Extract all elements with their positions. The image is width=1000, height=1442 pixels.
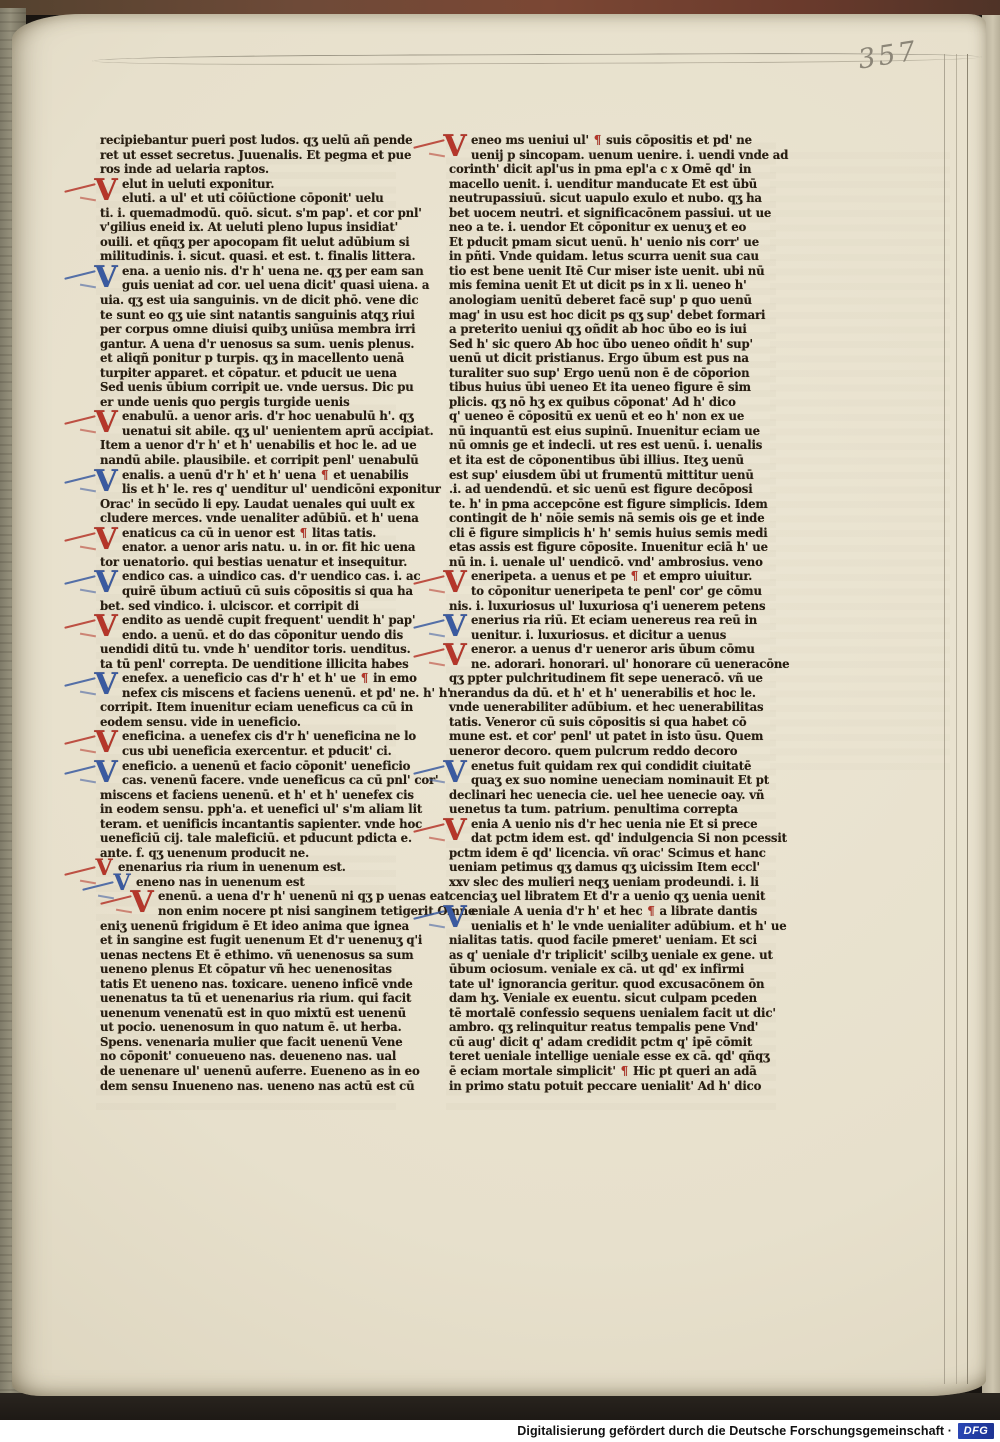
text-line: cli ē figure simplicis h' h' semis huius… [449, 526, 765, 541]
text-line: tē mortalē confessio sequens uenialem fa… [449, 1006, 765, 1021]
text-line: eodem sensu. vide in ueneficio. [100, 715, 394, 730]
lombard-initial-red: V [130, 890, 154, 918]
dictionary-entry: Venalis. a uenū d'r h' et h' uena ¶ et u… [100, 468, 394, 526]
lombard-initial-blue: V [112, 876, 132, 890]
lombard-initial-red: V [443, 818, 467, 846]
text-line: enalis. a uenū d'r h' et h' uena ¶ et ue… [100, 468, 394, 483]
text-line: cenciaʒ uel libratem Et d'r a uenio qʒ u… [449, 889, 765, 904]
dictionary-entry: Veneficio. a uenenū et facio cōponit' ue… [100, 759, 394, 861]
dictionary-entry: Venabulū. a uenor aris. d'r hoc uenabulū… [100, 409, 394, 467]
lombard-initial-red: V [94, 527, 118, 555]
text-line: nialitas tatis. quod facile pmeret' ueni… [449, 933, 765, 948]
text-line: mis femina uenit Et ut dicit ps in x li.… [449, 278, 765, 293]
text-line: in pñti. Vnde quidam. letus scurra uenit… [449, 249, 765, 264]
text-line: ouili. et qñqʒ per apocopam fit uelut ad… [100, 235, 394, 250]
text-line: corinth' dicit apl'us in pma epl'a c x O… [449, 162, 765, 177]
page-edge-line-vertical [956, 54, 957, 1384]
text-line: est sup' eiusdem ūbi ut frumentū mittitu… [449, 468, 765, 483]
book-cover-top-edge [0, 0, 1000, 15]
text-line: dam hʒ. Veniale ex euentu. sicut culpam … [449, 991, 765, 1006]
text-line: turaliter suo sup' Ergo uenū non ē de cō… [449, 366, 765, 381]
text-line: enia A uenio nis d'r hec uenia nie Et si… [449, 817, 765, 832]
text-line: cludere merces. vnde uenaliter adūbiū. e… [100, 511, 394, 526]
lombard-initial-red: V [94, 178, 118, 206]
text-line: Spens. venenaria mulier que facit uenenū… [100, 1035, 394, 1050]
text-line: endo. a uenū. et do das cōponitur uendo … [100, 628, 394, 643]
text-line: contingit de h' nōie semis nā semis ois … [449, 511, 765, 526]
text-line: no cōponit' conueueno nas. deueneno nas.… [100, 1049, 394, 1064]
text-line: uendidi ditū tu. vnde h' uenditor toris.… [100, 642, 394, 657]
scanned-manuscript-viewer: { "page": { "folio_number": "357" }, "fo… [0, 0, 1000, 1442]
text-line: uenenum venenatū est in quo mixtū est ue… [100, 1006, 394, 1021]
text-line: tatis. Veneror cū suis cōpositis si qua … [449, 715, 765, 730]
text-line: a preterito ueniui qʒ oñdit ab hoc ūbo e… [449, 322, 765, 337]
text-line: uenatui sit abile. qʒ ul' uenientem aprū… [100, 424, 394, 439]
text-line: .i. ad uendendū. et sic uenū est figure … [449, 482, 765, 497]
dictionary-entry: Velut in ueluti exponitur.eluti. a ul' e… [100, 177, 394, 264]
text-line: te sunt eo qʒ uie sint natantis sanguini… [100, 308, 394, 323]
text-line: in primo statu potuit peccare uenialit' … [449, 1079, 765, 1094]
text-line: ti. i. quemadmodū. quō. sicut. s'm pap'.… [100, 206, 394, 221]
text-line: ueneficiū cij. tale maleficiū. et pducun… [100, 831, 394, 846]
lombard-initial-red: V [443, 643, 467, 671]
text-line: quaʒ ex suo nomine ueneciam nominauit Et… [449, 773, 765, 788]
text-line: miscens et faciens uenenū. et h' et h' u… [100, 788, 394, 803]
text-line: teret ueniale intellige ueniale esse ex … [449, 1049, 765, 1064]
text-line: et in sangine est fugit uenenum Et d'r u… [100, 933, 394, 948]
pilcrow-mark: ¶ [299, 526, 308, 540]
text-line: plicis. qʒ nō hʒ ex quibus cōponat' Ad h… [449, 395, 765, 410]
text-line: uenetus ta tum. patrium. penultima corre… [449, 802, 765, 817]
text-line: recipiebantur pueri post ludos. qʒ uelū … [100, 133, 394, 148]
dictionary-entry: Venenarius ria rium in uenenum est. [100, 860, 394, 875]
lombard-initial-blue: V [443, 905, 467, 933]
text-line: cū aug' dicit q' adam credidit pctm q' i… [449, 1035, 765, 1050]
text-line: per corpus omne diuisi quibʒ uniūsa memb… [100, 322, 394, 337]
lombard-initial-red: V [94, 410, 118, 438]
dictionary-entry: Vendito as uendē cupit frequent' uendit … [100, 613, 394, 671]
text-line: nis. i. luxuriosus ul' luxuriosa q'i uen… [449, 599, 765, 614]
text-line: vnde uenerabiliter adūbium. et hec uener… [449, 700, 765, 715]
digitization-credit: Digitalisierung gefördert durch die Deut… [517, 1424, 952, 1438]
text-line: et aliqñ ponitur p turpis. qʒ in macelle… [100, 351, 394, 366]
lombard-initial-blue: V [94, 570, 118, 598]
text-line: q' ueneo ē cōpositū ex uenū et eo h' non… [449, 409, 765, 424]
dictionary-entry: Venaticus ca cū in uenor est ¶ litas tat… [100, 526, 394, 570]
footer-bar: Digitalisierung gefördert durch die Deut… [0, 1420, 1000, 1442]
lombard-initial-red: V [94, 861, 114, 875]
text-line: Orac' in secūdo li epy. Laudat uenales q… [100, 497, 394, 512]
text-line: quirē ūbum actiuū cū suis cōpositis si q… [100, 584, 394, 599]
text-line: ueniam petimus qʒ damus qʒ uicissim Item… [449, 860, 765, 875]
text-line: enaticus ca cū in uenor est ¶ litas tati… [100, 526, 394, 541]
text-line: nerandus da dū. et h' et h' uenerabilis … [449, 686, 765, 701]
dictionary-entry: Venenū. a uena d'r h' uenenū ni qʒ p uen… [100, 889, 394, 1093]
text-line: bet uocem neutri. et significacōnem pass… [449, 206, 765, 221]
text-line: uenas nectens Et ē ethimo. vñ uenenosus … [100, 948, 394, 963]
text-line: er unde uenis quo pergis turgide uenis [100, 395, 394, 410]
text-line: ut pocio. uenenosum in quo natum ē. ut h… [100, 1020, 394, 1035]
pilcrow-mark: ¶ [593, 133, 602, 147]
scan-background-band [0, 1393, 1000, 1423]
text-line: dem sensu Inueneno nas. ueneno nas actū … [100, 1079, 394, 1094]
text-line: neo a te. i. uendor Et cōponitur ex uenu… [449, 220, 765, 235]
text-line: tate ul' ignorancia geritur. quod excusa… [449, 977, 765, 992]
text-line: de uenenare ul' uenenū auferre. Eueneno … [100, 1064, 394, 1079]
text-line: Sed uenis ūbium corripit ue. vnde uersus… [100, 380, 394, 395]
text-line: ret ut esset secretus. Juuenalis. Et peg… [100, 148, 394, 163]
text-line: uenitur. i. luxuriosus. et dicitur a uen… [449, 628, 765, 643]
text-line: qʒ ppter pulchritudinem fit sepe uenerac… [449, 671, 765, 686]
dictionary-entry: Veneror. a uenus d'r ueneror aris ūbum c… [449, 642, 765, 758]
dictionary-entry: recipiebantur pueri post ludos. qʒ uelū … [100, 133, 394, 177]
text-line: ueneno plenus Et cōpatur vñ hec uenenosi… [100, 962, 394, 977]
lombard-initial-red: V [443, 134, 467, 162]
text-line: corripit. Item inuenitur eciam ueneficus… [100, 700, 394, 715]
text-line: teram. et uenificis incantantis sapiente… [100, 817, 394, 832]
text-line: guis ueniat ad cor. uel uena dicit' quas… [100, 278, 394, 293]
text-line: enenarius ria rium in uenenum est. [100, 860, 394, 875]
text-line: ena. a uenio nis. d'r h' uena ne. qʒ per… [100, 264, 394, 279]
pilcrow-mark: ¶ [620, 1064, 629, 1078]
pilcrow-mark: ¶ [630, 569, 639, 583]
dictionary-entry: Veniale A uenia d'r h' et hec ¶ a librat… [449, 904, 765, 1093]
text-line: militudinis. i. sicut. quasi. et est. t.… [100, 249, 394, 264]
dfg-logo-text: DFG [964, 1425, 989, 1437]
text-line: elut in ueluti exponitur. [100, 177, 394, 192]
page-edge-line-vertical [944, 54, 945, 1384]
text-line: lis et h' le. res q' uenditur ul' uendic… [100, 482, 394, 497]
text-line: Item a uenor d'r h' et h' uenabilis et h… [100, 438, 394, 453]
text-line: neutrupassiuū. sicut uapulo exulo et nub… [449, 191, 765, 206]
text-line: etas assis est figure cōposite. Inuenitu… [449, 540, 765, 555]
text-line: dat pctm idem est. qd' indulgencia Si no… [449, 831, 765, 846]
text-line: anologiam uenitū deberet facē sup' p quo… [449, 293, 765, 308]
text-line: uia. qʒ est uia sanguinis. vn de dicit p… [100, 293, 394, 308]
page-edge-line-vertical [967, 54, 968, 1384]
text-line: ueneror decoro. quem pulcrum reddo decor… [449, 744, 765, 759]
dictionary-entry: Vena. a uenio nis. d'r h' uena ne. qʒ pe… [100, 264, 394, 409]
text-line: nefex cis miscens et faciens uenenū. et … [100, 686, 394, 701]
text-line: nū in. i. uenale ul' uendicō. vnd' ambro… [449, 555, 765, 570]
lombard-initial-blue: V [94, 760, 118, 788]
text-line: tor uenatorio. qui bestias uenatur et in… [100, 555, 394, 570]
text-line: eluti. a ul' et uti cōiūctione cōponit' … [100, 191, 394, 206]
text-line: as q' ueniale d'r triplicit' scilbʒ ueni… [449, 948, 765, 963]
text-line: xxv slec des mulieri neqʒ ueniam prodeun… [449, 875, 765, 890]
text-line: eneror. a uenus d'r ueneror aris ūbum cō… [449, 642, 765, 657]
text-line: nū inquantū est eius supinū. Inuenitur e… [449, 424, 765, 439]
lombard-initial-red: V [443, 570, 467, 598]
text-line: turpiter apparet. et cōpatur. et pducit … [100, 366, 394, 381]
lombard-initial-blue: V [443, 760, 467, 788]
text-line: Et pducit pmam sicut uenū. h' uenio nis … [449, 235, 765, 250]
text-line: nandū abile. plausibile. et corripit pen… [100, 453, 394, 468]
text-line: uenij p sincopam. uenum uenire. i. uendi… [449, 148, 765, 163]
text-line: ta tū penl' correpta. De uenditione illi… [100, 657, 394, 672]
text-line: enefex. a ueneficio cas d'r h' et h' ue … [100, 671, 394, 686]
text-line: enerius ria riū. Et eciam uenereus rea r… [449, 613, 765, 628]
text-line: te. h' in pma accepcōne est figure simpl… [449, 497, 765, 512]
text-line: uenū ut dicit pristianus. Ergo ūbum est … [449, 351, 765, 366]
text-line: bet. sed vindico. i. ulciscor. et corrip… [100, 599, 394, 614]
text-line: cus ubi ueneficia exercentur. et pducit'… [100, 744, 394, 759]
text-line: v'gilius eneid ix. At ueluti pleno lupus… [100, 220, 394, 235]
pilcrow-mark: ¶ [360, 671, 369, 685]
page-edge-lines-top [92, 52, 982, 66]
text-line: enabulū. a uenor aris. d'r hoc uenabulū … [100, 409, 394, 424]
text-line: mag' in usu est hoc dicit ps qʒ sup' deb… [449, 308, 765, 323]
text-line: in eodem sensu. pph'a. et uenefici ul' s… [100, 802, 394, 817]
text-line: endico cas. a uindico cas. d'r uendico c… [100, 569, 394, 584]
text-line: ante. f. qʒ uenenum producit ne. [100, 846, 394, 861]
text-line: eneficina. a uenefex cis d'r h' uenefici… [100, 729, 394, 744]
text-line: mune est. et cor' penl' ut patet in isto… [449, 729, 765, 744]
text-column-left: recipiebantur pueri post ludos. qʒ uelū … [100, 133, 394, 1093]
pilcrow-mark: ¶ [320, 468, 329, 482]
dictionary-entry: Venefex. a ueneficio cas d'r h' et h' ue… [100, 671, 394, 729]
lombard-initial-blue: V [94, 265, 118, 293]
text-line: Sed h' sic quero Ab hoc ūbo ueneo oñdit … [449, 337, 765, 352]
text-line: declinari hec uenecia cie. uel hee uenec… [449, 788, 765, 803]
text-line: cas. venenū facere. vnde ueneficus ca cū… [100, 773, 394, 788]
text-line: nū omnis ge et indecli. ut res est uenū.… [449, 438, 765, 453]
text-line: eneficio. a uenenū et facio cōponit' uen… [100, 759, 394, 774]
dictionary-entry: Vendico cas. a uindico cas. d'r uendico … [100, 569, 394, 613]
text-line: gantur. A uena d'r uenosus sa sum. uenis… [100, 337, 394, 352]
text-line: ē eciam mortale simplicit' ¶ Hic pt quer… [449, 1064, 765, 1079]
text-line: uenialis et h' le vnde uenialiter adūbiu… [449, 919, 765, 934]
dfg-logo: DFG [958, 1423, 994, 1439]
dictionary-entry: Venetus fuit quidam rex qui condidit ciu… [449, 759, 765, 817]
text-line: enetus fuit quidam rex qui condidit ciui… [449, 759, 765, 774]
dictionary-entry: Veneripeta. a uenus et pe ¶ et empro uiu… [449, 569, 765, 613]
text-line: endito as uendē cupit frequent' uendit h… [100, 613, 394, 628]
lombard-initial-blue: V [94, 469, 118, 497]
lombard-initial-blue: V [94, 672, 118, 700]
text-line: eniʒ uenenū frigidum ē Et ideo anima que… [100, 919, 394, 934]
lombard-initial-red: V [94, 614, 118, 642]
text-line: et ita est de cōponentibus ūbi illius. I… [449, 453, 765, 468]
dictionary-entry: Veneficina. a uenefex cis d'r h' uenefic… [100, 729, 394, 758]
text-line: tio est bene uenit Itē Cur miser iste ue… [449, 264, 765, 279]
text-line: pctm idem ē qd' licencia. vñ orac' Scimu… [449, 846, 765, 861]
text-line: ros inde ad uelaria raptos. [100, 162, 394, 177]
text-line: eneripeta. a uenus et pe ¶ et empro uiui… [449, 569, 765, 584]
text-line: ambro. qʒ relinquitur reatus tempalis pe… [449, 1020, 765, 1035]
text-line: to cōponitur ueneripeta te penl' cor' ge… [449, 584, 765, 599]
text-line: uenenatus ta tū et uenenarius ria rium. … [100, 991, 394, 1006]
text-line: enator. a uenor aris natu. u. in or. fit… [100, 540, 394, 555]
text-line: eniale A uenia d'r h' et hec ¶ a librate… [449, 904, 765, 919]
text-line: macello uenit. i. uenditur manducate Et … [449, 177, 765, 192]
pilcrow-mark: ¶ [646, 904, 655, 918]
text-line: eneo ms ueniui ul' ¶ suis cōpositis et p… [449, 133, 765, 148]
dictionary-entry: Veneo ms ueniui ul' ¶ suis cōpositis et … [449, 133, 765, 569]
text-line: tibus huius ūbi ueneo Et ita ueneo figur… [449, 380, 765, 395]
dictionary-entry: Venia A uenio nis d'r hec uenia nie Et s… [449, 817, 765, 904]
text-column-right: Veneo ms ueniui ul' ¶ suis cōpositis et … [449, 133, 765, 1093]
text-line: ne. adorari. honorari. ul' honorare cū u… [449, 657, 765, 672]
text-line: tatis Et ueneno nas. toxicare. ueneno in… [100, 977, 394, 992]
dictionary-entry: Venerius ria riū. Et eciam uenereus rea … [449, 613, 765, 642]
text-line: ūbum ociosum. veniale ex cā. ut qd' ex i… [449, 962, 765, 977]
